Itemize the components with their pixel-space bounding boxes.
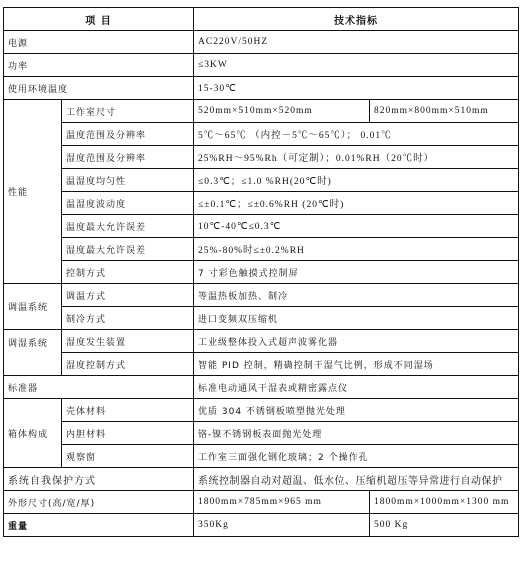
row-label: 调温方式 [62, 284, 194, 307]
table-row: 温湿度波动度 ≤±0.1℃；≤±0.6%RH (20℃时) [4, 192, 519, 215]
row-value-a: 1800mm×785mm×965 mm [194, 491, 370, 514]
header-item: 项 目 [4, 8, 194, 31]
table-row: 内胆材料 铬-镍不锈钢板表面抛光处理 [4, 422, 519, 445]
row-label: 温湿度波动度 [62, 192, 194, 215]
table-row: 重量 350Kg 500 Kg [4, 514, 519, 537]
row-value: ≤3KW [194, 54, 519, 77]
row-value: ≤±0.1℃；≤±0.6%RH (20℃时) [194, 192, 519, 215]
table-header-row: 项 目 技术指标 [4, 8, 519, 31]
table-row: 箱体构成 壳体材料 优质 304 不锈钢板喷塑抛光处理 [4, 399, 519, 422]
row-label: 湿度最大允许误差 [62, 238, 194, 261]
table-row: 制冷方式 进口变频双压缩机 [4, 307, 519, 330]
row-value: 进口变频双压缩机 [194, 307, 519, 330]
table-row: 外形尺寸(高/宽/厚) 1800mm×785mm×965 mm 1800mm×1… [4, 491, 519, 514]
table-row: 调温系统 调温方式 等温热板加热、制冷 [4, 284, 519, 307]
row-value-a: 520mm×510mm×520mm [194, 100, 370, 123]
header-spec: 技术指标 [194, 8, 519, 31]
table-row: 标准器 标准电动通风干湿表或精密露点仪 [4, 376, 519, 399]
table-row: 温湿度均匀性 ≤0.3℃；≤1.0 %RH(20℃时) [4, 169, 519, 192]
row-value: 25%RH～95%Rh（可定制）；0.01%RH（20℃时） [194, 146, 519, 169]
row-label: 重量 [4, 514, 194, 537]
row-label: 控制方式 [62, 261, 194, 284]
row-label: 温湿度均匀性 [62, 169, 194, 192]
row-value-b: 1800mm×1000mm×1300 mm [370, 491, 519, 514]
group-label-temp-system: 调温系统 [4, 284, 62, 330]
row-label: 标准器 [4, 376, 194, 399]
row-value: 优质 304 不锈钢板喷塑抛光处理 [194, 399, 519, 422]
group-label-performance: 性能 [4, 100, 62, 284]
row-value: 工作室三面强化钢化玻璃；2 个操作孔 [194, 445, 519, 468]
group-label-humidity-system: 调湿系统 [4, 330, 62, 376]
table-row: 湿度范围及分辨率 25%RH～95%Rh（可定制）；0.01%RH（20℃时） [4, 146, 519, 169]
row-label: 湿度发生装置 [62, 330, 194, 353]
row-value: AC220V/50HZ [194, 31, 519, 54]
row-value: 标准电动通风干湿表或精密露点仪 [194, 376, 519, 399]
row-value: 智能 PID 控制，精确控制干湿气比例，形成不同湿场 [194, 353, 519, 376]
row-value: 系统控制器自动对超温、低水位、压缩机超压等异常进行自动保护 [194, 468, 519, 491]
row-label: 温度最大允许误差 [62, 215, 194, 238]
row-value: 等温热板加热、制冷 [194, 284, 519, 307]
table-row: 湿度最大允许误差 25%-80%时≤±0.2%RH [4, 238, 519, 261]
row-value: 15-30℃ [194, 77, 519, 100]
row-label: 功率 [4, 54, 194, 77]
row-value-b: 500 Kg [370, 514, 519, 537]
row-label: 系统自我保护方式 [4, 468, 194, 491]
row-label: 制冷方式 [62, 307, 194, 330]
table-row: 电源 AC220V/50HZ [4, 31, 519, 54]
row-value: 5℃～65℃ （内控－5℃～65℃）； 0.01℃ [194, 123, 519, 146]
row-label: 内胆材料 [62, 422, 194, 445]
table-row: 性能 工作室尺寸 520mm×510mm×520mm 820mm×800mm×5… [4, 100, 519, 123]
table-row: 湿度控制方式 智能 PID 控制，精确控制干湿气比例，形成不同湿场 [4, 353, 519, 376]
row-value: 7 寸彩色触摸式控制屏 [194, 261, 519, 284]
row-value-b: 820mm×800mm×510mm [370, 100, 519, 123]
table-row: 控制方式 7 寸彩色触摸式控制屏 [4, 261, 519, 284]
row-label: 湿度范围及分辨率 [62, 146, 194, 169]
table-row: 调湿系统 湿度发生装置 工业级整体投入式超声波雾化器 [4, 330, 519, 353]
table-row: 系统自我保护方式 系统控制器自动对超温、低水位、压缩机超压等异常进行自动保护 [4, 468, 519, 491]
row-label: 湿度控制方式 [62, 353, 194, 376]
row-label: 观察窗 [62, 445, 194, 468]
row-value-a: 350Kg [194, 514, 370, 537]
row-value: 25%-80%时≤±0.2%RH [194, 238, 519, 261]
table-row: 温度最大允许误差 10℃-40℃≤0.3℃ [4, 215, 519, 238]
row-label: 使用环境温度 [4, 77, 194, 100]
row-label: 工作室尺寸 [62, 100, 194, 123]
spec-table: 项 目 技术指标 电源 AC220V/50HZ 功率 ≤3KW 使用环境温度 1… [3, 7, 519, 537]
row-value: ≤0.3℃；≤1.0 %RH(20℃时) [194, 169, 519, 192]
row-label: 外形尺寸(高/宽/厚) [4, 491, 194, 514]
table-row: 功率 ≤3KW [4, 54, 519, 77]
row-label: 壳体材料 [62, 399, 194, 422]
table-row: 使用环境温度 15-30℃ [4, 77, 519, 100]
group-label-cabinet: 箱体构成 [4, 399, 62, 468]
table-row: 温度范围及分辨率 5℃～65℃ （内控－5℃～65℃）； 0.01℃ [4, 123, 519, 146]
row-value: 铬-镍不锈钢板表面抛光处理 [194, 422, 519, 445]
row-value: 工业级整体投入式超声波雾化器 [194, 330, 519, 353]
row-label: 温度范围及分辨率 [62, 123, 194, 146]
row-value: 10℃-40℃≤0.3℃ [194, 215, 519, 238]
row-label: 电源 [4, 31, 194, 54]
table-row: 观察窗 工作室三面强化钢化玻璃；2 个操作孔 [4, 445, 519, 468]
